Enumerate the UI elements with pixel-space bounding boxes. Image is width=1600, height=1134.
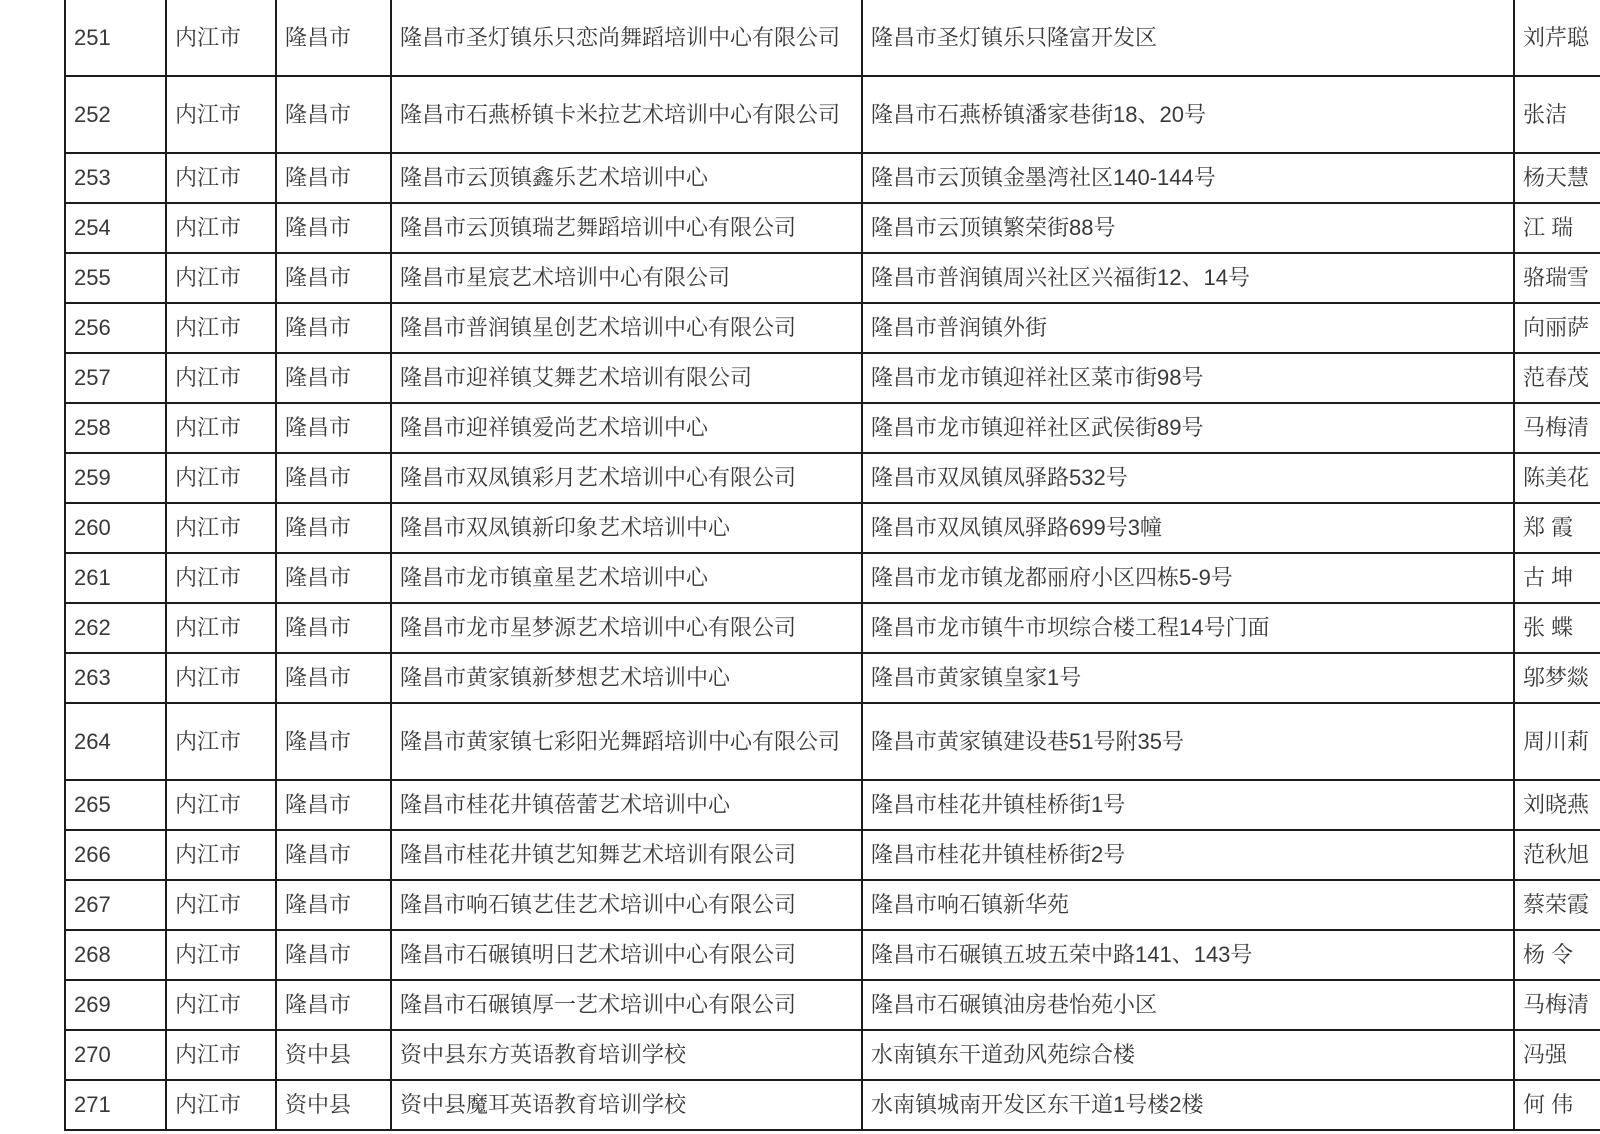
cell-district: 隆昌市 — [276, 703, 391, 780]
cell-address: 隆昌市龙市镇迎祥社区武侯街89号 — [862, 403, 1514, 453]
table-row: 260内江市隆昌市隆昌市双凤镇新印象艺术培训中心隆昌市双凤镇凤驿路699号3幢郑… — [65, 503, 1600, 553]
cell-city: 内江市 — [166, 76, 276, 153]
cell-seq: 257 — [65, 353, 166, 403]
cell-name: 隆昌市双凤镇新印象艺术培训中心 — [391, 503, 862, 553]
table-body: 251内江市隆昌市隆昌市圣灯镇乐只恋尚舞蹈培训中心有限公司隆昌市圣灯镇乐只隆富开… — [65, 0, 1600, 1130]
cell-person: 刘晓燕 — [1514, 780, 1600, 830]
table-row: 263内江市隆昌市隆昌市黄家镇新梦想艺术培训中心隆昌市黄家镇皇家1号邬梦燚 — [65, 653, 1600, 703]
cell-seq: 255 — [65, 253, 166, 303]
table-row: 258内江市隆昌市隆昌市迎祥镇爱尚艺术培训中心隆昌市龙市镇迎祥社区武侯街89号马… — [65, 403, 1600, 453]
table-row: 261内江市隆昌市隆昌市龙市镇童星艺术培训中心隆昌市龙市镇龙都丽府小区四栋5-9… — [65, 553, 1600, 603]
cell-address: 隆昌市圣灯镇乐只隆富开发区 — [862, 0, 1514, 76]
table-row: 255内江市隆昌市隆昌市星宸艺术培训中心有限公司隆昌市普润镇周兴社区兴福街12、… — [65, 253, 1600, 303]
cell-person: 蔡荣霞 — [1514, 880, 1600, 930]
cell-city: 内江市 — [166, 653, 276, 703]
table-row: 256内江市隆昌市隆昌市普润镇星创艺术培训中心有限公司隆昌市普润镇外街向丽萨 — [65, 303, 1600, 353]
cell-seq: 264 — [65, 703, 166, 780]
cell-address: 水南镇城南开发区东干道1号楼2楼 — [862, 1080, 1514, 1130]
cell-seq: 267 — [65, 880, 166, 930]
cell-address: 隆昌市石碾镇五坡五荣中路141、143号 — [862, 930, 1514, 980]
table-row: 265内江市隆昌市隆昌市桂花井镇蓓蕾艺术培训中心隆昌市桂花井镇桂桥街1号刘晓燕 — [65, 780, 1600, 830]
cell-name: 隆昌市云顶镇瑞艺舞蹈培训中心有限公司 — [391, 203, 862, 253]
cell-seq: 261 — [65, 553, 166, 603]
table-row: 269内江市隆昌市隆昌市石碾镇厚一艺术培训中心有限公司隆昌市石碾镇油房巷怡苑小区… — [65, 980, 1600, 1030]
cell-seq: 262 — [65, 603, 166, 653]
cell-person: 杨 令 — [1514, 930, 1600, 980]
cell-person: 冯强 — [1514, 1030, 1600, 1080]
table-row: 254内江市隆昌市隆昌市云顶镇瑞艺舞蹈培训中心有限公司隆昌市云顶镇繁荣街88号江… — [65, 203, 1600, 253]
cell-seq: 253 — [65, 153, 166, 203]
cell-person: 江 瑞 — [1514, 203, 1600, 253]
cell-person: 范春茂 — [1514, 353, 1600, 403]
cell-address: 隆昌市桂花井镇桂桥街2号 — [862, 830, 1514, 880]
cell-seq: 263 — [65, 653, 166, 703]
cell-city: 内江市 — [166, 553, 276, 603]
cell-city: 内江市 — [166, 203, 276, 253]
cell-person: 骆瑞雪 — [1514, 253, 1600, 303]
table-row: 264内江市隆昌市隆昌市黄家镇七彩阳光舞蹈培训中心有限公司隆昌市黄家镇建设巷51… — [65, 703, 1600, 780]
cell-seq: 256 — [65, 303, 166, 353]
cell-seq: 252 — [65, 76, 166, 153]
cell-district: 资中县 — [276, 1080, 391, 1130]
cell-city: 内江市 — [166, 1030, 276, 1080]
cell-address: 隆昌市龙市镇迎祥社区菜市街98号 — [862, 353, 1514, 403]
table-row: 251内江市隆昌市隆昌市圣灯镇乐只恋尚舞蹈培训中心有限公司隆昌市圣灯镇乐只隆富开… — [65, 0, 1600, 76]
cell-city: 内江市 — [166, 0, 276, 76]
cell-person: 张洁 — [1514, 76, 1600, 153]
cell-district: 隆昌市 — [276, 503, 391, 553]
cell-district: 隆昌市 — [276, 153, 391, 203]
cell-city: 内江市 — [166, 353, 276, 403]
cell-district: 隆昌市 — [276, 303, 391, 353]
cell-district: 隆昌市 — [276, 980, 391, 1030]
cell-city: 内江市 — [166, 780, 276, 830]
cell-seq: 266 — [65, 830, 166, 880]
cell-city: 内江市 — [166, 403, 276, 453]
table-row: 253内江市隆昌市隆昌市云顶镇鑫乐艺术培训中心隆昌市云顶镇金墨湾社区140-14… — [65, 153, 1600, 203]
cell-name: 隆昌市龙市镇童星艺术培训中心 — [391, 553, 862, 603]
cell-seq: 259 — [65, 453, 166, 503]
cell-name: 隆昌市普润镇星创艺术培训中心有限公司 — [391, 303, 862, 353]
cell-seq: 254 — [65, 203, 166, 253]
cell-name: 隆昌市圣灯镇乐只恋尚舞蹈培训中心有限公司 — [391, 0, 862, 76]
cell-address: 隆昌市石碾镇油房巷怡苑小区 — [862, 980, 1514, 1030]
training-institution-table: 251内江市隆昌市隆昌市圣灯镇乐只恋尚舞蹈培训中心有限公司隆昌市圣灯镇乐只隆富开… — [64, 0, 1600, 1131]
table-row: 266内江市隆昌市隆昌市桂花井镇艺知舞艺术培训有限公司隆昌市桂花井镇桂桥街2号范… — [65, 830, 1600, 880]
cell-city: 内江市 — [166, 930, 276, 980]
cell-address: 隆昌市石燕桥镇潘家巷街18、20号 — [862, 76, 1514, 153]
cell-city: 内江市 — [166, 503, 276, 553]
cell-person: 陈美花 — [1514, 453, 1600, 503]
cell-person: 范秋旭 — [1514, 830, 1600, 880]
cell-name: 资中县魔耳英语教育培训学校 — [391, 1080, 862, 1130]
cell-seq: 271 — [65, 1080, 166, 1130]
cell-person: 邬梦燚 — [1514, 653, 1600, 703]
cell-city: 内江市 — [166, 253, 276, 303]
table-row: 268内江市隆昌市隆昌市石碾镇明日艺术培训中心有限公司隆昌市石碾镇五坡五荣中路1… — [65, 930, 1600, 980]
cell-district: 隆昌市 — [276, 253, 391, 303]
cell-city: 内江市 — [166, 830, 276, 880]
cell-person: 何 伟 — [1514, 1080, 1600, 1130]
cell-person: 马梅清 — [1514, 980, 1600, 1030]
cell-city: 内江市 — [166, 603, 276, 653]
cell-address: 隆昌市响石镇新华苑 — [862, 880, 1514, 930]
cell-district: 隆昌市 — [276, 653, 391, 703]
cell-district: 隆昌市 — [276, 553, 391, 603]
cell-district: 隆昌市 — [276, 603, 391, 653]
cell-name: 隆昌市黄家镇七彩阳光舞蹈培训中心有限公司 — [391, 703, 862, 780]
cell-seq: 269 — [65, 980, 166, 1030]
cell-person: 刘芹聪 — [1514, 0, 1600, 76]
cell-name: 隆昌市迎祥镇艾舞艺术培训有限公司 — [391, 353, 862, 403]
cell-name: 隆昌市桂花井镇艺知舞艺术培训有限公司 — [391, 830, 862, 880]
cell-address: 隆昌市桂花井镇桂桥街1号 — [862, 780, 1514, 830]
cell-city: 内江市 — [166, 303, 276, 353]
cell-city: 内江市 — [166, 703, 276, 780]
cell-city: 内江市 — [166, 980, 276, 1030]
page: 251内江市隆昌市隆昌市圣灯镇乐只恋尚舞蹈培训中心有限公司隆昌市圣灯镇乐只隆富开… — [0, 0, 1600, 1134]
cell-name: 隆昌市云顶镇鑫乐艺术培训中心 — [391, 153, 862, 203]
cell-address: 隆昌市黄家镇皇家1号 — [862, 653, 1514, 703]
cell-district: 隆昌市 — [276, 0, 391, 76]
cell-address: 隆昌市黄家镇建设巷51号附35号 — [862, 703, 1514, 780]
cell-person: 周川莉 — [1514, 703, 1600, 780]
cell-city: 内江市 — [166, 153, 276, 203]
cell-seq: 258 — [65, 403, 166, 453]
table-row: 259内江市隆昌市隆昌市双凤镇彩月艺术培训中心有限公司隆昌市双凤镇凤驿路532号… — [65, 453, 1600, 503]
cell-district: 隆昌市 — [276, 403, 391, 453]
cell-district: 隆昌市 — [276, 880, 391, 930]
cell-address: 隆昌市龙市镇牛市坝综合楼工程14号门面 — [862, 603, 1514, 653]
cell-district: 资中县 — [276, 1030, 391, 1080]
cell-person: 杨天慧 — [1514, 153, 1600, 203]
cell-address: 隆昌市云顶镇繁荣街88号 — [862, 203, 1514, 253]
cell-name: 隆昌市黄家镇新梦想艺术培训中心 — [391, 653, 862, 703]
cell-district: 隆昌市 — [276, 76, 391, 153]
cell-city: 内江市 — [166, 453, 276, 503]
table-row: 270内江市资中县资中县东方英语教育培训学校水南镇东干道劲风苑综合楼冯强 — [65, 1030, 1600, 1080]
cell-address: 隆昌市双凤镇凤驿路532号 — [862, 453, 1514, 503]
cell-address: 隆昌市双凤镇凤驿路699号3幢 — [862, 503, 1514, 553]
cell-district: 隆昌市 — [276, 353, 391, 403]
table-row: 267内江市隆昌市隆昌市响石镇艺佳艺术培训中心有限公司隆昌市响石镇新华苑蔡荣霞 — [65, 880, 1600, 930]
cell-seq: 270 — [65, 1030, 166, 1080]
cell-name: 隆昌市响石镇艺佳艺术培训中心有限公司 — [391, 880, 862, 930]
cell-person: 张 蝶 — [1514, 603, 1600, 653]
cell-name: 隆昌市石燕桥镇卡米拉艺术培训中心有限公司 — [391, 76, 862, 153]
cell-district: 隆昌市 — [276, 930, 391, 980]
cell-person: 马梅清 — [1514, 403, 1600, 453]
table-row: 271内江市资中县资中县魔耳英语教育培训学校水南镇城南开发区东干道1号楼2楼何 … — [65, 1080, 1600, 1130]
cell-address: 隆昌市云顶镇金墨湾社区140-144号 — [862, 153, 1514, 203]
table-row: 252内江市隆昌市隆昌市石燕桥镇卡米拉艺术培训中心有限公司隆昌市石燕桥镇潘家巷街… — [65, 76, 1600, 153]
cell-name: 隆昌市桂花井镇蓓蕾艺术培训中心 — [391, 780, 862, 830]
cell-person: 古 坤 — [1514, 553, 1600, 603]
cell-city: 内江市 — [166, 1080, 276, 1130]
cell-name: 隆昌市星宸艺术培训中心有限公司 — [391, 253, 862, 303]
cell-person: 郑 霞 — [1514, 503, 1600, 553]
cell-address: 隆昌市龙市镇龙都丽府小区四栋5-9号 — [862, 553, 1514, 603]
cell-address: 隆昌市普润镇周兴社区兴福街12、14号 — [862, 253, 1514, 303]
table-row: 257内江市隆昌市隆昌市迎祥镇艾舞艺术培训有限公司隆昌市龙市镇迎祥社区菜市街98… — [65, 353, 1600, 403]
cell-name: 隆昌市石碾镇厚一艺术培训中心有限公司 — [391, 980, 862, 1030]
cell-seq: 265 — [65, 780, 166, 830]
cell-seq: 251 — [65, 0, 166, 76]
cell-address: 隆昌市普润镇外街 — [862, 303, 1514, 353]
cell-name: 隆昌市迎祥镇爱尚艺术培训中心 — [391, 403, 862, 453]
cell-seq: 260 — [65, 503, 166, 553]
cell-name: 隆昌市石碾镇明日艺术培训中心有限公司 — [391, 930, 862, 980]
cell-name: 资中县东方英语教育培训学校 — [391, 1030, 862, 1080]
cell-city: 内江市 — [166, 880, 276, 930]
cell-district: 隆昌市 — [276, 453, 391, 503]
table-row: 262内江市隆昌市隆昌市龙市星梦源艺术培训中心有限公司隆昌市龙市镇牛市坝综合楼工… — [65, 603, 1600, 653]
cell-district: 隆昌市 — [276, 203, 391, 253]
cell-district: 隆昌市 — [276, 830, 391, 880]
cell-name: 隆昌市双凤镇彩月艺术培训中心有限公司 — [391, 453, 862, 503]
cell-address: 水南镇东干道劲风苑综合楼 — [862, 1030, 1514, 1080]
cell-name: 隆昌市龙市星梦源艺术培训中心有限公司 — [391, 603, 862, 653]
cell-district: 隆昌市 — [276, 780, 391, 830]
cell-seq: 268 — [65, 930, 166, 980]
cell-person: 向丽萨 — [1514, 303, 1600, 353]
